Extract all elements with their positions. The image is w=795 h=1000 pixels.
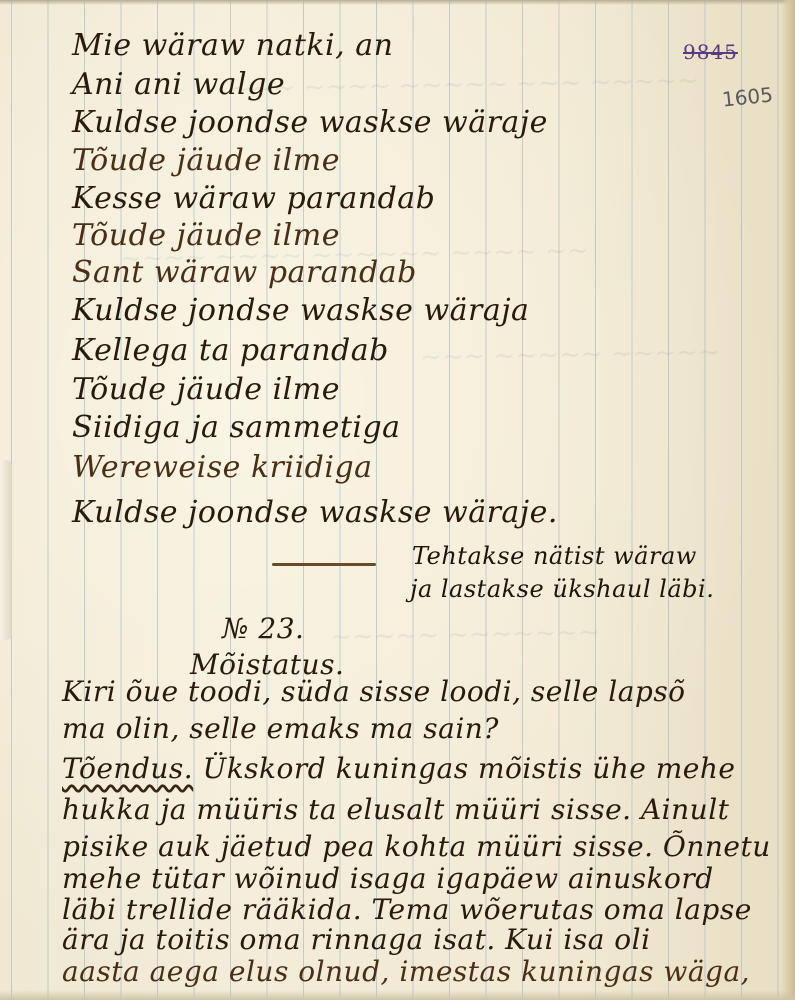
verse-line: Kuldse joondse waskse wäraje.: [72, 495, 558, 530]
verse-line: Siidiga ja sammetiga: [72, 410, 401, 445]
bleed-through: ~~~ ~~~~ ~~~~~ ~~~ ~~~~~: [230, 66, 699, 104]
verse-line: Wereweise kriidiga: [72, 450, 373, 485]
explanation-line: läbi trellide rääkida. Tema wõerutas oma…: [62, 893, 752, 926]
riddle-line: Kiri õue toodi, süda sisse loodi, selle …: [62, 675, 686, 708]
explanation-line: hukka ja müüris ta elusalt müüri sisse. …: [62, 793, 729, 826]
archive-stamp-number: 9845: [683, 40, 738, 64]
verse-line: Kesse wäraw parandab: [72, 181, 435, 216]
page-top-edge: [0, 0, 795, 5]
pencil-page-number: 1605: [721, 82, 774, 111]
separator-dash: [272, 563, 376, 566]
riddle-number: № 23.: [222, 612, 304, 645]
explanation-first-line: Tõendus. Ükskord kuningas mõistis ühe me…: [62, 752, 735, 785]
manuscript-page: ~~~ ~~~~ ~~~~~ ~~~ ~~~~~ ~~~~ ~~~~ ~~~~~…: [0, 0, 795, 1000]
explanation-line: ära ja toitis oma rinnaga isat. Kui isa …: [62, 923, 651, 956]
riddle-line: ma olin, selle emaks ma sain?: [62, 712, 499, 745]
page-bottom-edge: [0, 990, 795, 1000]
verse-line: Kuldse joondse waskse wäraje: [72, 105, 548, 140]
page-right-edge: [781, 0, 795, 1000]
stage-note-line: ja lastakse ükshaul läbi.: [410, 575, 714, 603]
verse-line: Tõude jäude ilme: [72, 143, 340, 178]
verse-line: Kellega ta parandab: [72, 333, 389, 368]
verse-line: Kuldse jondse waskse wäraja: [72, 293, 529, 328]
verse-line: Tõude jäude ilme: [72, 372, 340, 407]
verse-line: Mie wäraw natki, an: [72, 28, 393, 63]
explanation-text: Ükskord kuningas mõistis ühe mehe: [203, 752, 736, 785]
explanation-line: mehe tütar wõinud isaga igapäew ainuskor…: [62, 862, 714, 895]
verse-line: Sant wäraw parandab: [72, 255, 417, 290]
verse-line: Ani ani walge: [72, 67, 285, 102]
stage-note-line: Tehtakse nätist wäraw: [412, 542, 697, 570]
explanation-label: Tõendus.: [62, 752, 193, 785]
verse-line: Tõude jäude ilme: [72, 218, 340, 253]
explanation-line: aasta aega elus olnud, imestas kuningas …: [62, 955, 750, 988]
explanation-line: pisike auk jäetud pea kohta müüri sisse.…: [62, 830, 771, 863]
bleed-through: ~~~~~ ~~~~~~~: [330, 618, 600, 653]
bleed-through: ~~~ ~~~~~ ~~~~~: [420, 337, 720, 372]
binding-thread: [0, 460, 12, 640]
